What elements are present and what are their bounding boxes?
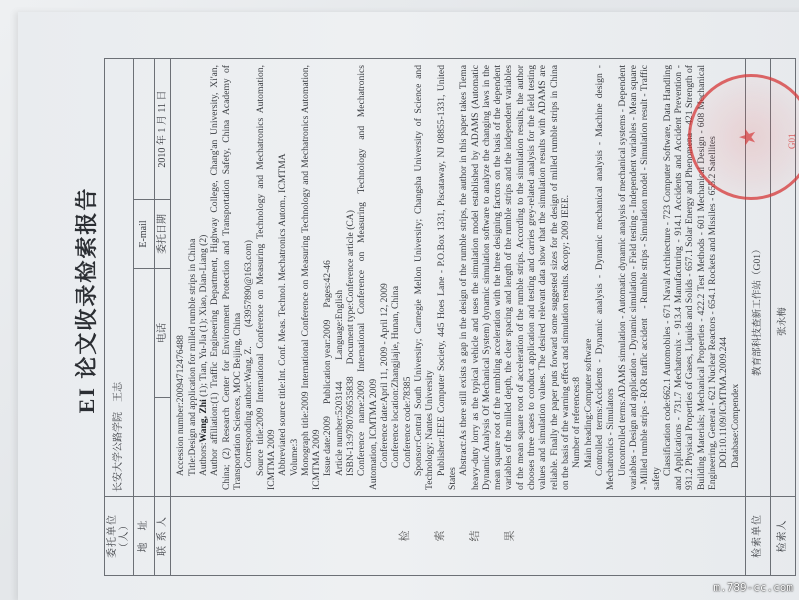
phone-label: 电话 [154,269,171,398]
contact-label: 联 系 人 [154,497,171,576]
date-label: 委托日期 [154,200,171,269]
sponsor: Sponsor:Central South University; Carneg… [413,65,436,490]
seal-star-icon: ★ [735,127,761,147]
site-watermark: m.789-cc.com [714,581,793,594]
conference-date: Conference date:April 11, 2009 - April 1… [379,65,390,490]
publisher: Publisher:IEEE Computer Society, 445 Hoe… [436,65,459,490]
article-line: Article number:5203144 Language:English [334,65,345,490]
client-unit-value: 长安大学公路学院 王志 [105,59,134,497]
contact-value [154,398,171,497]
source-title: Source title:2009 International Conferen… [255,65,278,490]
report-document: EI 论文收录检索报告 委托单位（人） 长安大学公路学院 王志 地 址 E-ma… [40,0,760,600]
address-row: 地 址 E-mail [133,59,154,576]
conference-code: Conference code:78385 [402,65,413,490]
seal-code: G01 [787,134,797,150]
corresponding-author: Corresponding author:Wang, Z. (43957890@… [243,65,254,490]
contact-row: 联 系 人 电话 委托日期 2010 年 1 月 11 日 [154,59,171,576]
record-authors: Authors:Wang, Zhi (1); Tian, Yu-Jia (1);… [198,65,209,490]
main-heading: Main heading:Computer software [583,65,594,490]
conference-location: Conference location:Zhangjiajie, Hunan, … [390,65,401,490]
search-unit-label: 检索单位 [746,497,771,576]
author-affiliation: Author affiliation:(1) Traffic Engineeri… [209,65,243,490]
report-title: EI 论文收录检索报告 [70,0,101,600]
address-label: 地 址 [133,497,154,576]
controlled-terms: Controlled terms:Accidents - Dynamic ana… [594,65,617,490]
client-unit-label: 委托单位（人） [105,497,134,576]
number-of-references: Number of references:8 [571,65,582,490]
result-side-label: 检 索 结 果 [171,497,746,576]
record-title: Title:Design and application for milled … [187,65,198,490]
address-value [133,269,154,497]
uncontrolled-terms: Uncontrolled terms:ADAMS simulation - Au… [617,65,662,490]
client-row: 委托单位（人） 长安大学公路学院 王志 [105,59,134,576]
result-row: 检 索 结 果 Accession number:20094712476488 … [171,59,746,576]
search-result-content: Accession number:20094712476488 Title:De… [171,59,746,497]
email-label: E-mail [133,200,154,269]
conference-name: Conference name:2009 International Confe… [356,65,379,490]
abstract: Abstract:As there still exists a gap in … [458,65,571,490]
volume: Volume:3 [289,65,300,490]
isbn-line: ISBN-13:9780769535838 Document type:Conf… [345,65,356,490]
abbreviated-source-title: Abbreviated source title:Int. Conf. Meas… [277,65,288,490]
issue-line: Issue date:2009 Publication year:2009 Pa… [322,65,333,490]
monograph-title: Monograph title:2009 International Confe… [300,65,323,490]
email-value [133,59,154,200]
searcher-label: 检索人 [771,497,796,576]
accession-number: Accession number:20094712476488 [175,65,186,490]
date-value: 2010 年 1 月 11 日 [154,59,171,200]
